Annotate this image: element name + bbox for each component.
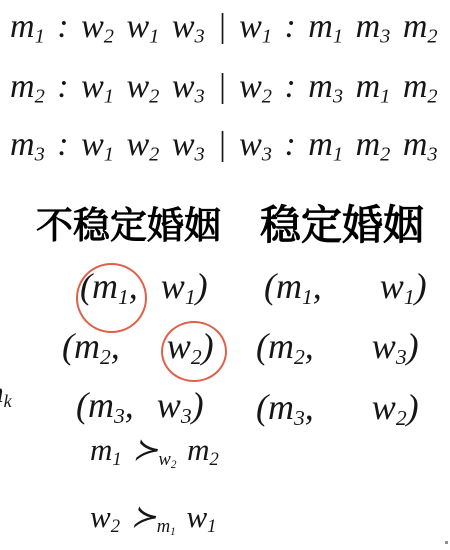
preference-relation-2: w2 ≻m1 w1 xyxy=(90,501,216,532)
stable-pair-3: (m3, w2) xyxy=(256,389,419,425)
unstable-pair-2: (m2, w2) xyxy=(62,328,214,364)
unstable-marriage-header: 不稳定婚姻 xyxy=(36,207,221,244)
document-page: m1 : w2 w1 w3 | w1 : m1 m3 m2 m2 : w1 w2… xyxy=(0,0,450,550)
stable-pair-2: (m2, w3) xyxy=(256,328,419,364)
preference-line-m3: m3 : w1 w2 w3 | w3 : m1 m2 m3 xyxy=(10,128,438,162)
clipped-mk-label: mk xyxy=(0,378,12,408)
unstable-pair-1: (m1, w1) xyxy=(80,268,208,304)
preference-line-m2: m2 : w1 w2 w3 | w2 : m3 m1 m2 xyxy=(10,70,438,104)
corner-speck xyxy=(445,541,448,544)
unstable-pair-3: (m3, w3) xyxy=(76,387,204,423)
stable-pair-1: (m1, w1) xyxy=(264,268,427,304)
preference-line-m1: m1 : w2 w1 w3 | w1 : m1 m3 m2 xyxy=(10,10,438,44)
preference-relation-1: m1 ≻w2 m2 xyxy=(90,434,219,465)
stable-marriage-header: 稳定婚姻 xyxy=(260,205,424,246)
